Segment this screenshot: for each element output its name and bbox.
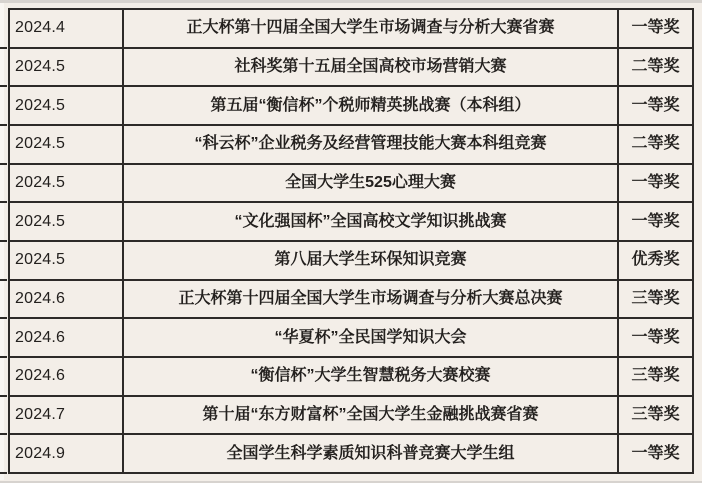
award-cell: 二等奖 <box>619 49 692 86</box>
competition-name-cell: “衡信杯”大学生智慧税务大赛校赛 <box>124 358 619 395</box>
competition-name-cell: “科云杯”企业税务及经营管理技能大赛本科组竞赛 <box>124 126 619 163</box>
award-cell: 一等奖 <box>619 435 692 472</box>
competition-name-cell: 全国大学生525心理大赛 <box>124 165 619 202</box>
table-row: 2024.5 社科奖第十五届全国高校市场营销大赛 二等奖 <box>10 49 692 88</box>
competition-name-cell: 第五届“衡信杯”个税师精英挑战赛（本科组） <box>124 87 619 124</box>
page-edge-top <box>0 0 702 3</box>
table-row: 2024.5 第八届大学生环保知识竞赛 优秀奖 <box>10 242 692 281</box>
date-cell: 2024.5 <box>10 87 124 124</box>
table-row: 2024.9 全国学生科学素质知识科普竞赛大学生组 一等奖 <box>10 435 692 472</box>
table-row: 2024.7 第十届“东方财富杯”全国大学生金融挑战赛省赛 三等奖 <box>10 397 692 436</box>
table-row: 2024.5 “科云杯”企业税务及经营管理技能大赛本科组竞赛 二等奖 <box>10 126 692 165</box>
awards-table: 2024.4 正大杯第十四届全国大学生市场调查与分析大赛省赛 一等奖 2024.… <box>8 8 694 474</box>
award-cell: 三等奖 <box>619 397 692 434</box>
date-cell: 2024.5 <box>10 203 124 240</box>
table-row: 2024.5 “文化强国杯”全国高校文学知识挑战赛 一等奖 <box>10 203 692 242</box>
award-cell: 二等奖 <box>619 126 692 163</box>
competition-name-cell: 第十届“东方财富杯”全国大学生金融挑战赛省赛 <box>124 397 619 434</box>
award-cell: 一等奖 <box>619 10 692 47</box>
competition-name-cell: “文化强国杯”全国高校文学知识挑战赛 <box>124 203 619 240</box>
award-cell: 三等奖 <box>619 358 692 395</box>
award-cell: 三等奖 <box>619 281 692 318</box>
table-row: 2024.6 “衡信杯”大学生智慧税务大赛校赛 三等奖 <box>10 358 692 397</box>
competition-name-cell: 第八届大学生环保知识竞赛 <box>124 242 619 279</box>
table-row: 2024.6 正大杯第十四届全国大学生市场调查与分析大赛总决赛 三等奖 <box>10 281 692 320</box>
date-cell: 2024.5 <box>10 126 124 163</box>
date-cell: 2024.5 <box>10 49 124 86</box>
competition-name-cell: 全国学生科学素质知识科普竞赛大学生组 <box>124 435 619 472</box>
date-cell: 2024.6 <box>10 281 124 318</box>
award-cell: 优秀奖 <box>619 242 692 279</box>
table-row: 2024.5 全国大学生525心理大赛 一等奖 <box>10 165 692 204</box>
document-page: 2024.4 正大杯第十四届全国大学生市场调查与分析大赛省赛 一等奖 2024.… <box>0 0 702 483</box>
date-cell: 2024.5 <box>10 165 124 202</box>
date-cell: 2024.9 <box>10 435 124 472</box>
competition-name-cell: 社科奖第十五届全国高校市场营销大赛 <box>124 49 619 86</box>
competition-name-cell: 正大杯第十四届全国大学生市场调查与分析大赛省赛 <box>124 10 619 47</box>
date-cell: 2024.6 <box>10 358 124 395</box>
date-cell: 2024.7 <box>10 397 124 434</box>
date-cell: 2024.6 <box>10 319 124 356</box>
date-cell: 2024.5 <box>10 242 124 279</box>
award-cell: 一等奖 <box>619 203 692 240</box>
date-cell: 2024.4 <box>10 10 124 47</box>
table-row: 2024.4 正大杯第十四届全国大学生市场调查与分析大赛省赛 一等奖 <box>10 10 692 49</box>
competition-name-cell: “华夏杯”全民国学知识大会 <box>124 319 619 356</box>
table-row: 2024.5 第五届“衡信杯”个税师精英挑战赛（本科组） 一等奖 <box>10 87 692 126</box>
award-cell: 一等奖 <box>619 319 692 356</box>
award-cell: 一等奖 <box>619 165 692 202</box>
competition-name-cell: 正大杯第十四届全国大学生市场调查与分析大赛总决赛 <box>124 281 619 318</box>
table-row: 2024.6 “华夏杯”全民国学知识大会 一等奖 <box>10 319 692 358</box>
award-cell: 一等奖 <box>619 87 692 124</box>
